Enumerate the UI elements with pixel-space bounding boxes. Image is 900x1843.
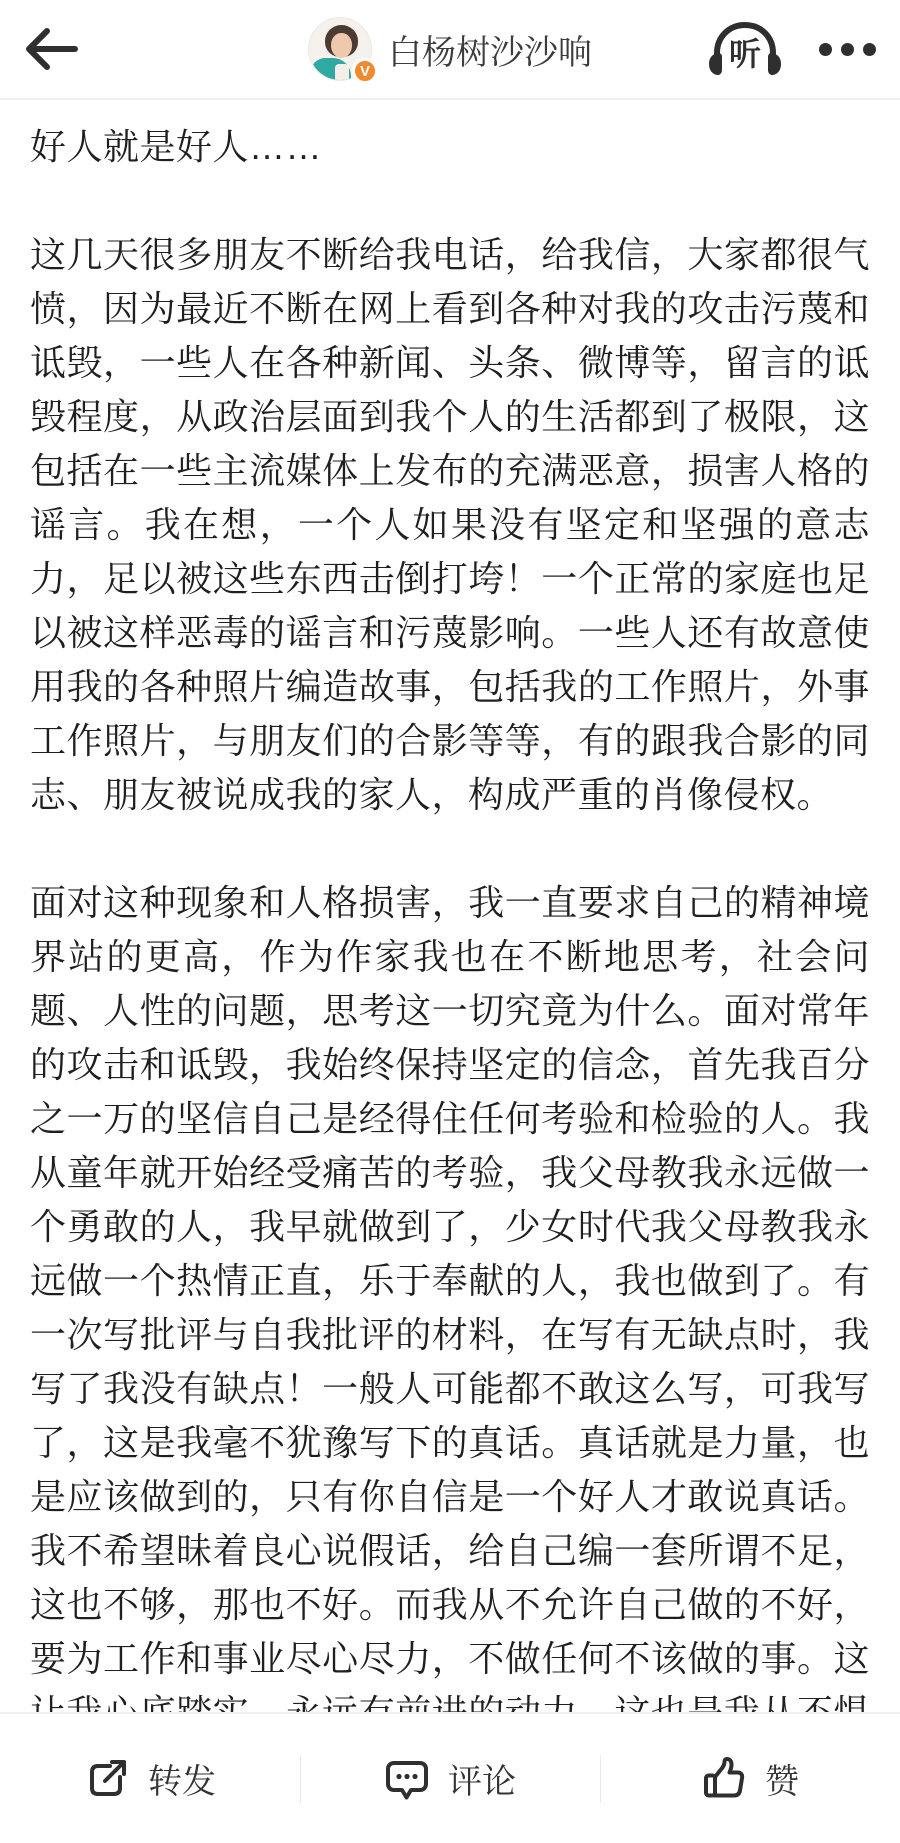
avatar-face [331,33,352,58]
like-button[interactable]: 赞 [600,1714,900,1843]
more-dot-icon [863,43,876,56]
repost-icon [84,1756,130,1802]
header-actions: 听 [707,0,878,98]
article-paragraph: 这几天很多朋友不断给我电话，给我信，大家都很气愤，因为最近不断在网上看到各种对我… [30,228,870,822]
avatar-collar [335,64,349,80]
article-body: 好人就是好人…… 这几天很多朋友不断给我电话，给我信，大家都很气愤，因为最近不断… [0,100,900,1794]
comment-label: 评论 [448,1754,516,1803]
avatar[interactable]: V [308,17,372,81]
verified-badge-icon: V [352,58,378,84]
more-dot-icon [819,43,832,56]
comment-icon [384,1756,430,1802]
listen-label: 听 [729,29,761,75]
back-button[interactable] [22,23,82,75]
article-title: 好人就是好人…… [30,120,870,174]
header: V 白杨树沙沙响 听 [0,0,900,100]
author-header[interactable]: V 白杨树沙沙响 [308,17,592,81]
repost-label: 转发 [148,1754,216,1803]
more-options-button[interactable] [817,33,878,66]
repost-button[interactable]: 转发 [0,1714,300,1843]
article-paragraph: 面对这种现象和人格损害，我一直要求自己的精神境界站的更高，作为作家我也在不断地思… [30,876,870,1794]
bottom-action-bar: 转发 评论 赞 [0,1712,900,1843]
thumbs-up-icon [701,1756,747,1802]
back-arrow-icon [23,24,81,74]
more-dot-icon [841,43,854,56]
comment-button[interactable]: 评论 [300,1714,600,1843]
weibo-article-page: { "header": { "user": { "name": "白杨树沙沙响"… [0,0,900,1843]
listen-button[interactable]: 听 [707,17,783,81]
like-label: 赞 [765,1754,799,1803]
author-name[interactable]: 白杨树沙沙响 [388,25,592,74]
